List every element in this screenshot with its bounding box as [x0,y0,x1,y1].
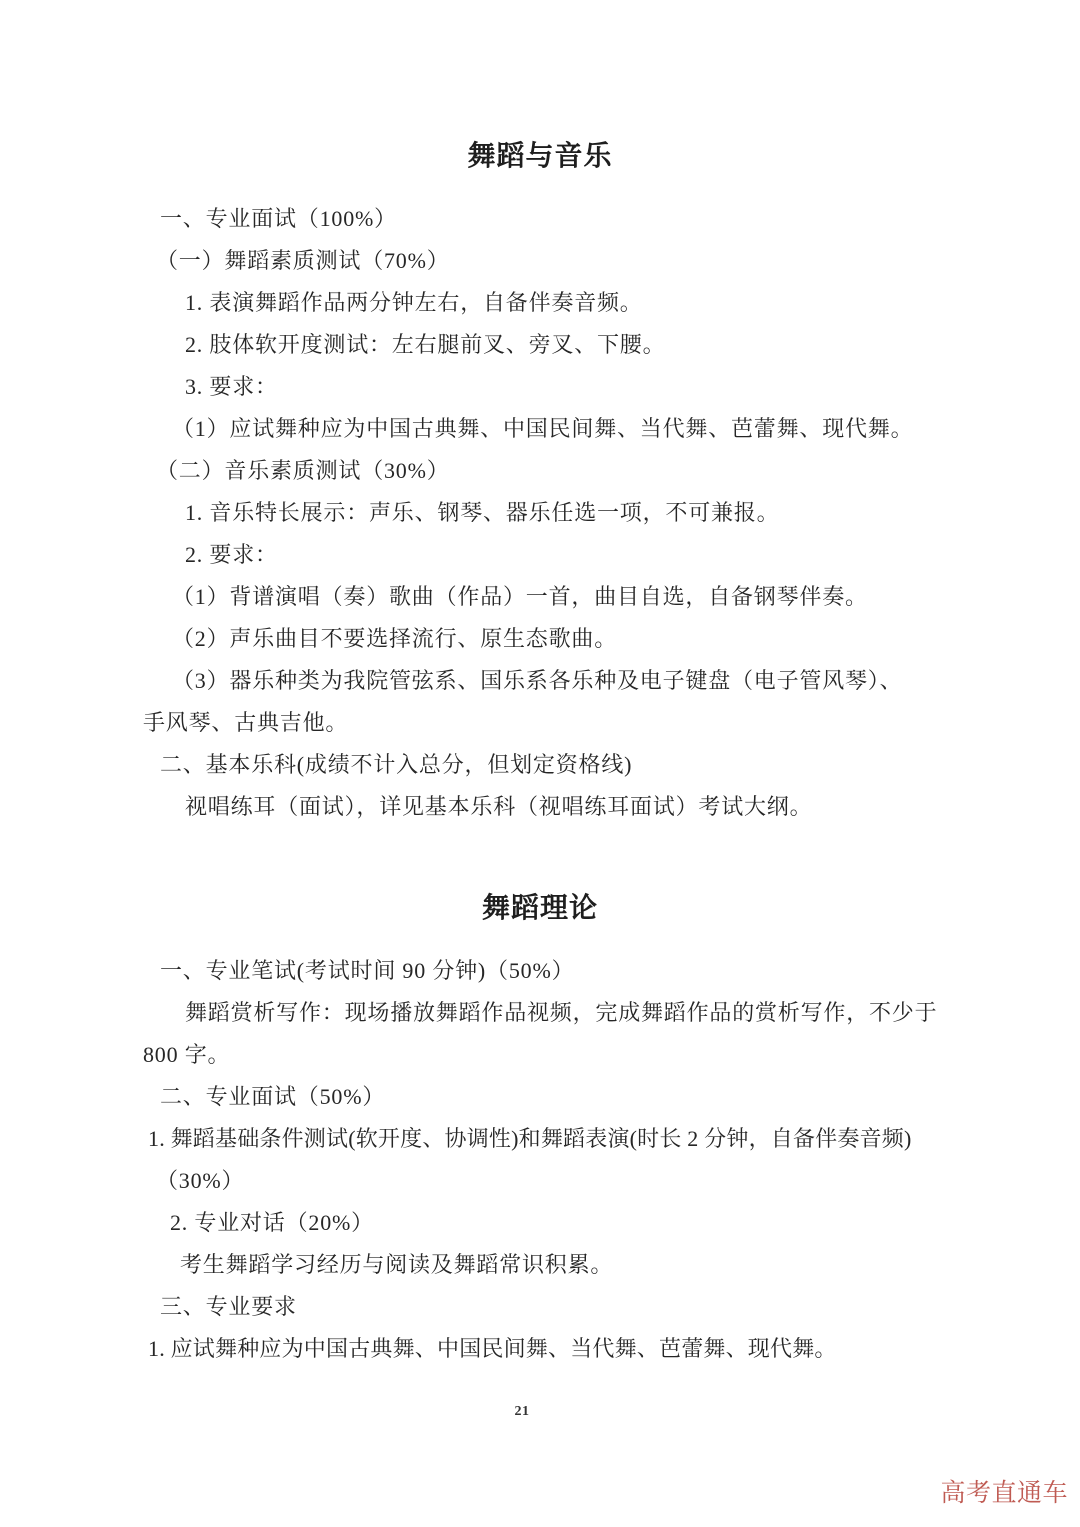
text-line: 800 字。 [143,1034,1080,1076]
section-body-dance-and-music: 一、专业面试（100%）（一）舞蹈素质测试（70%）1. 表演舞蹈作品两分钟左右… [0,198,1080,828]
page-number: 21 [0,1404,1062,1420]
text-line: 二、专业面试（50%） [160,1076,1080,1118]
watermark-logo: 高考直通车 [940,1473,1068,1509]
document-page: 舞蹈与音乐 一、专业面试（100%）（一）舞蹈素质测试（70%）1. 表演舞蹈作… [0,0,1080,1527]
text-line: 考生舞蹈学习经历与阅读及舞蹈常识积累。 [180,1244,1080,1286]
text-line: 手风琴、古典吉他。 [143,702,1080,744]
text-line: 3. 要求： [185,366,1080,408]
section-title-dance-and-music: 舞蹈与音乐 [0,0,1080,174]
text-line: 1. 表演舞蹈作品两分钟左右，自备伴奏音频。 [185,282,1080,324]
text-line: （1）应试舞种应为中国古典舞、中国民间舞、当代舞、芭蕾舞、现代舞。 [172,408,1080,450]
text-line: 1. 音乐特长展示：声乐、钢琴、器乐任选一项，不可兼报。 [185,492,1080,534]
text-line: 一、专业面试（100%） [160,198,1080,240]
text-line: 舞蹈赏析写作：现场播放舞蹈作品视频，完成舞蹈作品的赏析写作，不少于 [185,992,1080,1034]
text-line: 视唱练耳（面试），详见基本乐科（视唱练耳面试）考试大纲。 [185,786,1080,828]
text-line: （1）背谱演唱（奏）歌曲（作品）一首，曲目自选，自备钢琴伴奏。 [172,576,1080,618]
text-line: 2. 要求： [185,534,1080,576]
text-line: 1. 应试舞种应为中国古典舞、中国民间舞、当代舞、芭蕾舞、现代舞。 [148,1328,1080,1370]
section-title-dance-theory: 舞蹈理论 [0,892,1080,926]
text-line: （3）器乐种类为我院管弦系、国乐系各乐种及电子键盘（电子管风琴）、 [172,660,1080,702]
text-line: 三、专业要求 [160,1286,1080,1328]
text-line: 一、专业笔试(考试时间 90 分钟)（50%） [160,950,1080,992]
text-line: 1. 舞蹈基础条件测试(软开度、协调性)和舞蹈表演(时长 2 分钟，自备伴奏音频… [148,1118,1080,1160]
text-line: 二、基本乐科(成绩不计入总分，但划定资格线) [160,744,1080,786]
text-line: （二）音乐素质测试（30%） [156,450,1080,492]
text-line: （30%） [156,1160,1080,1202]
text-line: 2. 专业对话（20%） [170,1202,1080,1244]
text-line: （2）声乐曲目不要选择流行、原生态歌曲。 [172,618,1080,660]
section-body-dance-theory: 一、专业笔试(考试时间 90 分钟)（50%）舞蹈赏析写作：现场播放舞蹈作品视频… [0,950,1080,1370]
text-line: 2. 肢体软开度测试：左右腿前叉、旁叉、下腰。 [185,324,1080,366]
text-line: （一）舞蹈素质测试（70%） [156,240,1080,282]
